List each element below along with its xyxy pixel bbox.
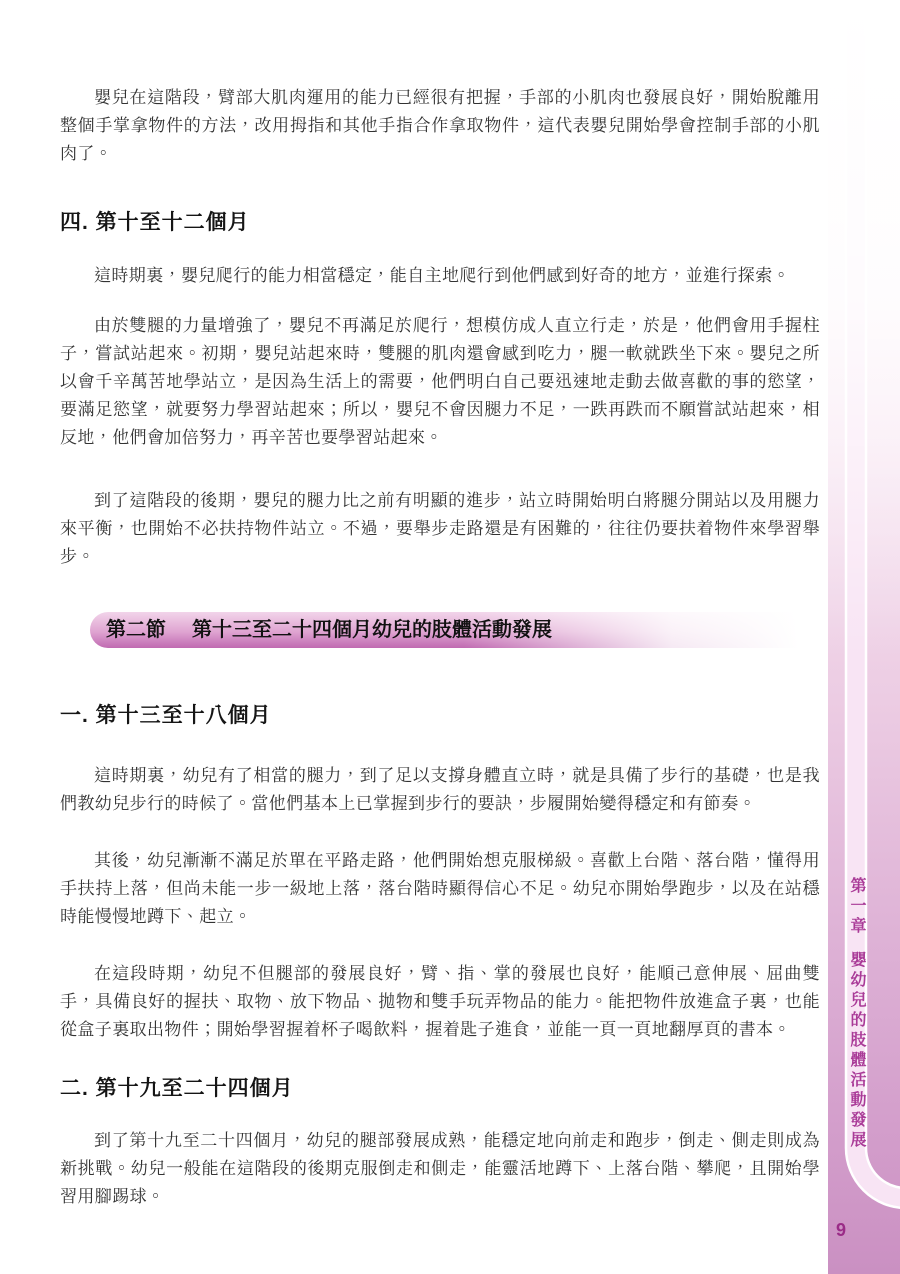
- main-content: 嬰兒在這階段，臂部大肌肉運用的能力已經很有把握，手部的小肌肉也發展良好，開始脫離…: [60, 0, 820, 1211]
- side-band-top-fade: [820, 0, 900, 660]
- section-banner-label: 第二節: [106, 619, 166, 641]
- chapter-title: 嬰幼兒的肢體活動發展: [848, 951, 865, 1151]
- paragraph-hand-skills: 在這段時期，幼兒不但腿部的發展良好，臂、指、掌的發展也良好，能順己意伸展、屈曲雙…: [60, 960, 820, 1044]
- section-banner-title: 第十三至二十四個月幼兒的肢體活動發展: [192, 619, 552, 641]
- paragraph-learning-to-stand: 由於雙腿的力量增強了，嬰兒不再滿足於爬行，想模仿成人直立行走，於是，他們會用手握…: [60, 312, 820, 452]
- heading-ten-to-twelve-months: 四. 第十至十二個月: [60, 208, 820, 238]
- book-page: { "paragraphs": { "p1": "嬰兒在這階段，臂部大肌肉運用的…: [0, 0, 900, 1274]
- heading-thirteen-to-eighteen-months: 一. 第十三至十八個月: [60, 701, 820, 731]
- paragraph-walking-basics: 這時期裏，幼兒有了相當的腿力，到了足以支撐身體直立時，就是具備了步行的基礎，也是…: [60, 762, 820, 818]
- section-banner: 第二節第十三至二十四個月幼兒的肢體活動發展: [90, 612, 836, 648]
- chapter-label: 第一章: [848, 877, 865, 937]
- page-number: 9: [836, 1220, 846, 1241]
- paragraph-crawling: 這時期裏，嬰兒爬行的能力相當穩定，能自主地爬行到他們感到好奇的地方，並進行探索。: [60, 262, 820, 290]
- paragraph-stairs-running: 其後，幼兒漸漸不滿足於單在平路走路，他們開始想克服梯級。喜歡上台階、落台階，懂得…: [60, 847, 820, 931]
- paragraph-mature-legs: 到了第十九至二十四個月，幼兒的腿部發展成熟，能穩定地向前走和跑步，倒走、側走則成…: [60, 1127, 820, 1211]
- paragraph-leg-strength: 到了這階段的後期，嬰兒的腿力比之前有明顯的進步，站立時開始明白將腿分開站以及用腿…: [60, 487, 820, 571]
- paragraph-hand-muscles: 嬰兒在這階段，臂部大肌肉運用的能力已經很有把握，手部的小肌肉也發展良好，開始脫離…: [60, 84, 820, 168]
- heading-nineteen-to-twentyfour-months: 二. 第十九至二十四個月: [60, 1074, 820, 1104]
- chapter-vertical-title: 第一章嬰幼兒的肢體活動發展: [845, 877, 867, 1151]
